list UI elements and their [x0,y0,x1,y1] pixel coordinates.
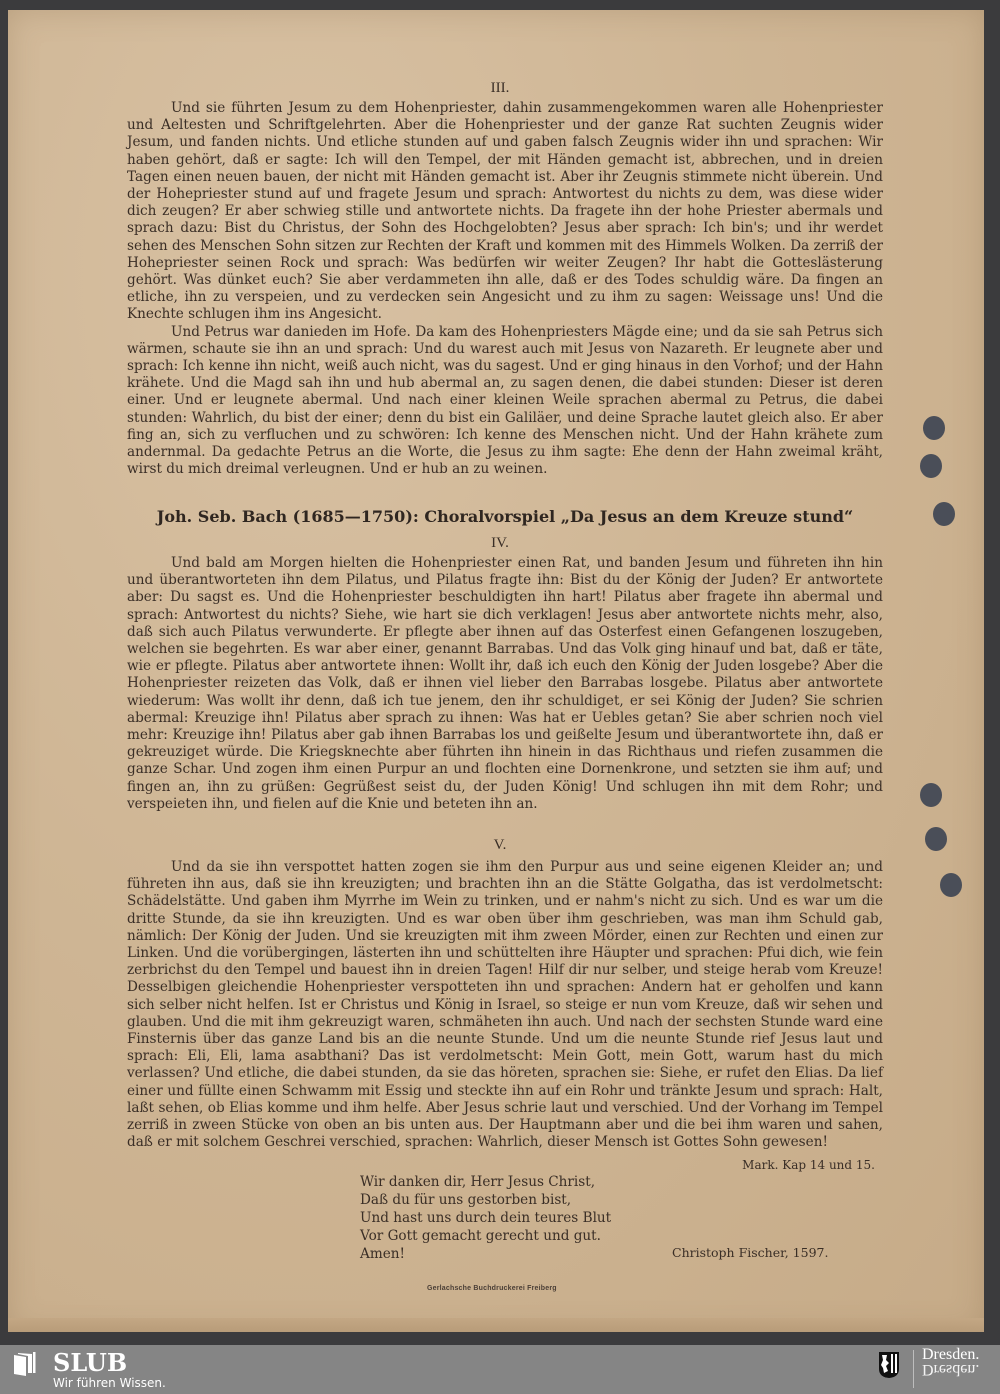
dresden-wordmark-reflection: Dresden. [922,1362,979,1376]
section-iv-text: Und bald am Morgen hielten die Hohenprie… [127,555,883,813]
section-v-text: Und da sie ihn verspottet hatten zogen s… [127,859,883,1151]
paragraph: Und da sie ihn verspottet hatten zogen s… [127,859,883,1151]
footer-bar: SLUB Wir führen Wissen. Dresden. Dresden… [0,1345,1000,1394]
slub-tagline: Wir führen Wissen. [53,1376,166,1390]
hymn-verse: Wir danken dir, Herr Jesus Christ, Daß d… [360,1173,611,1263]
verse-line: Amen! [360,1245,611,1263]
punch-hole [923,416,945,440]
punch-hole [933,502,955,526]
music-heading: Joh. Seb. Bach (1685—1750): Choralvorspi… [120,507,890,526]
verse-line: Vor Gott gemacht gerecht und gut. [360,1227,611,1245]
dresden-wordmark[interactable]: Dresden. [922,1348,979,1362]
paragraph: Und bald am Morgen hielten die Hohenprie… [127,555,883,813]
bible-reference: Mark. Kap 14 und 15. [700,1158,875,1172]
verse-line: Wir danken dir, Herr Jesus Christ, [360,1173,611,1191]
footer-divider [913,1350,914,1388]
paragraph: Und sie führten Jesum zu dem Hohenpriest… [127,100,883,324]
hymn-author: Christoph Fischer, 1597. [672,1245,828,1260]
section-iii-text: Und sie führten Jesum zu dem Hohenpriest… [127,100,883,478]
printer-imprint: Gerlachsche Buchdruckerei Freiberg [427,1285,557,1292]
verse-line: Und hast uns durch dein teures Blut [360,1209,611,1227]
punch-hole [920,783,942,807]
punch-hole [940,873,962,897]
paragraph: Und Petrus war danieden im Hofe. Da kam … [127,324,883,479]
section-numeral-iv: IV. [0,535,1000,552]
slub-book-icon[interactable] [12,1351,38,1377]
section-numeral-iii: III. [0,80,1000,97]
slub-brand[interactable]: SLUB [53,1348,127,1377]
punch-hole [920,454,942,478]
section-numeral-v: V. [0,837,1000,854]
dresden-crest-icon[interactable] [878,1351,900,1379]
verse-line: Daß du für uns gestorben bist, [360,1191,611,1209]
